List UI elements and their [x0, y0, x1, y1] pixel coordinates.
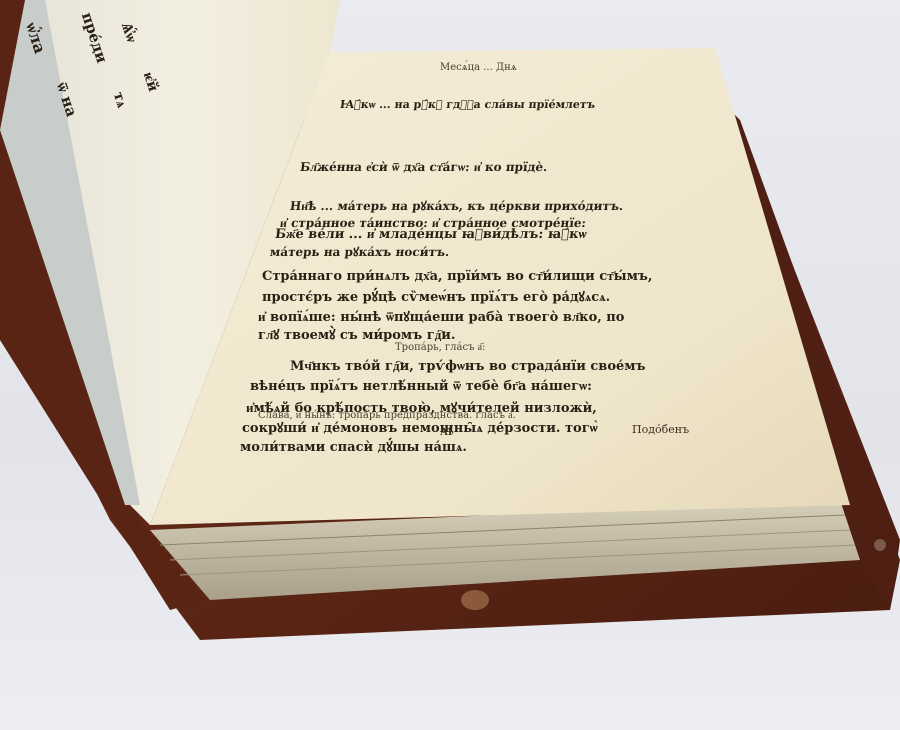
text-line: Стра́ннаго при́нѧлъ дх҃а, прїи́мъ во ст҃…	[262, 268, 652, 284]
troparion-heading: Тропа́рь, гла́съ а҃:	[395, 342, 485, 353]
text-line: Ꙗ҆́кѡ ... на рꙋ́кꙋ гдⷭ҇а сла́вы прїе́мле…	[339, 98, 596, 111]
text-line: вѣне́цъ прїѧ́тъ нетлѣ́нный ѿ тебѐ бг҃а н…	[250, 378, 592, 394]
text-line: Бж҃е ве́ли ... и҆ младе́нцы ꙗ҆ви́дѣлъ: ꙗ…	[274, 226, 587, 242]
signature-mark: А҃і	[440, 425, 452, 438]
text-line: и҆ вопїѧ́ше: ны́нѣ ѿпꙋща́еши раба̀ твоег…	[258, 307, 624, 325]
text-line: Нн҃ѣ ... ма́терь на рꙋка́хъ, къ це́ркви …	[289, 197, 624, 214]
text-line: Сла́ва, и҆ ны́нѣ: тропа́рь предпра́зднст…	[258, 410, 516, 421]
text-line: простє́ръ же рꙋ́цѣ сѷмеѡ́нъ прїѧ́тъ его̀…	[262, 287, 610, 305]
catchword: Подо́бенъ	[632, 423, 689, 436]
text-line: Бл҃же́нна е҆сѝ ѿ дх҃а ст҃а́гѡ: и҆ ко прї…	[299, 160, 548, 175]
right-page: Месѧ́ца ... Днѧ Ꙗ҆́кѡ ... на рꙋ́кꙋ гдⷭ҇а…	[0, 0, 900, 730]
text-line: моли́твами спасѝ дꙋ́шы на́шѧ.	[240, 437, 467, 455]
text-line: Мч҃нкъ тво́й гд҇и, трѵ́фѡнъ во страда́нї…	[290, 358, 646, 374]
text-line: гл҃ꙋ твоемꙋ̀ съ ми́ромъ гд҇и.	[258, 325, 455, 343]
text-line: ма́терь на рꙋка́хъ носи́тъ.	[269, 243, 450, 260]
page-header: Месѧ́ца ... Днѧ	[440, 62, 517, 73]
